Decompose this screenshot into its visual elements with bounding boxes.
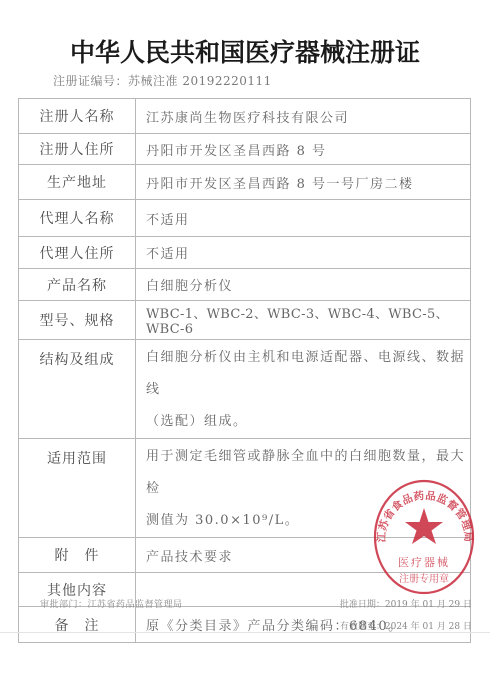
table-row-model-spec: 型号、规格 WBC-1、WBC-2、WBC-3、WBC-4、WBC-5、WBC-… bbox=[19, 301, 471, 340]
row-value-line: 白细胞分析仪由主机和电源适配器、电源线、数据线 bbox=[146, 342, 470, 406]
registration-number-value: 苏械注准 20192220111 bbox=[128, 74, 272, 88]
row-value: 江苏康尚生物医疗科技有限公司 bbox=[136, 99, 471, 134]
row-label: 代理人住所 bbox=[19, 237, 136, 269]
row-label: 注册人名称 bbox=[19, 99, 136, 134]
row-value-line: 用于测定毛细管或静脉全血中的白细胞数量，最大检 bbox=[146, 441, 470, 505]
certificate-title: 中华人民共和国医疗器械注册证 bbox=[0, 33, 490, 69]
certificate-table: 注册人名称 江苏康尚生物医疗科技有限公司 注册人住所 丹阳市开发区圣昌西路 8 … bbox=[18, 98, 471, 643]
row-label: 适用范围 bbox=[19, 439, 136, 538]
row-label: 备 注 bbox=[19, 607, 136, 643]
row-value: 产品技术要求 bbox=[136, 538, 471, 573]
row-value: 不适用 bbox=[136, 237, 471, 269]
table-row-agent-name: 代理人名称 不适用 bbox=[19, 200, 471, 237]
row-label: 代理人名称 bbox=[19, 200, 136, 237]
row-value-line: （选配）组成。 bbox=[146, 406, 470, 438]
row-value: 白细胞分析仪由主机和电源适配器、电源线、数据线（选配）组成。 bbox=[136, 340, 471, 439]
table-row-registrant-address: 注册人住所 丹阳市开发区圣昌西路 8 号 bbox=[19, 134, 471, 165]
approval-date: 批准日期：2019 年 01 月 29 日 bbox=[340, 597, 472, 610]
table-row-product-name: 产品名称 白细胞分析仪 bbox=[19, 269, 471, 301]
row-value: WBC-1、WBC-2、WBC-3、WBC-4、WBC-5、WBC-6 bbox=[136, 301, 471, 340]
row-value: 不适用 bbox=[136, 200, 471, 237]
row-label: 结构及组成 bbox=[19, 340, 136, 439]
table-row-production-address: 生产地址 丹阳市开发区圣昌西路 8 号一号厂房二楼 bbox=[19, 165, 471, 200]
registration-number: 注册证编号：苏械注准 20192220111 bbox=[53, 72, 272, 89]
table-row-agent-address: 代理人住所 不适用 bbox=[19, 237, 471, 269]
row-label: 产品名称 bbox=[19, 269, 136, 301]
row-label: 附 件 bbox=[19, 538, 136, 573]
row-value: 丹阳市开发区圣昌西路 8 号一号厂房二楼 bbox=[136, 165, 471, 200]
row-label: 生产地址 bbox=[19, 165, 136, 200]
paper-fold-line bbox=[0, 632, 490, 633]
approval-department: 审批部门：江苏省药品监督管理局 bbox=[40, 597, 183, 610]
table-row-registrant-name: 注册人名称 江苏康尚生物医疗科技有限公司 bbox=[19, 99, 471, 134]
table-row-attachment: 附 件 产品技术要求 bbox=[19, 538, 471, 573]
row-value: 白细胞分析仪 bbox=[136, 269, 471, 301]
row-label: 注册人住所 bbox=[19, 134, 136, 165]
registration-number-label: 注册证编号： bbox=[53, 74, 128, 88]
row-value-line: 测值为 30.0×10⁹/L。 bbox=[146, 505, 470, 537]
row-value: 丹阳市开发区圣昌西路 8 号 bbox=[136, 134, 471, 165]
table-row-scope: 适用范围 用于测定毛细管或静脉全血中的白细胞数量，最大检测值为 30.0×10⁹… bbox=[19, 439, 471, 538]
valid-until-date: 有效期至：2024 年 01 月 28 日 bbox=[340, 619, 472, 632]
table-row-structure: 结构及组成 白细胞分析仪由主机和电源适配器、电源线、数据线（选配）组成。 bbox=[19, 340, 471, 439]
row-label: 型号、规格 bbox=[19, 301, 136, 340]
row-value: 用于测定毛细管或静脉全血中的白细胞数量，最大检测值为 30.0×10⁹/L。 bbox=[136, 439, 471, 538]
